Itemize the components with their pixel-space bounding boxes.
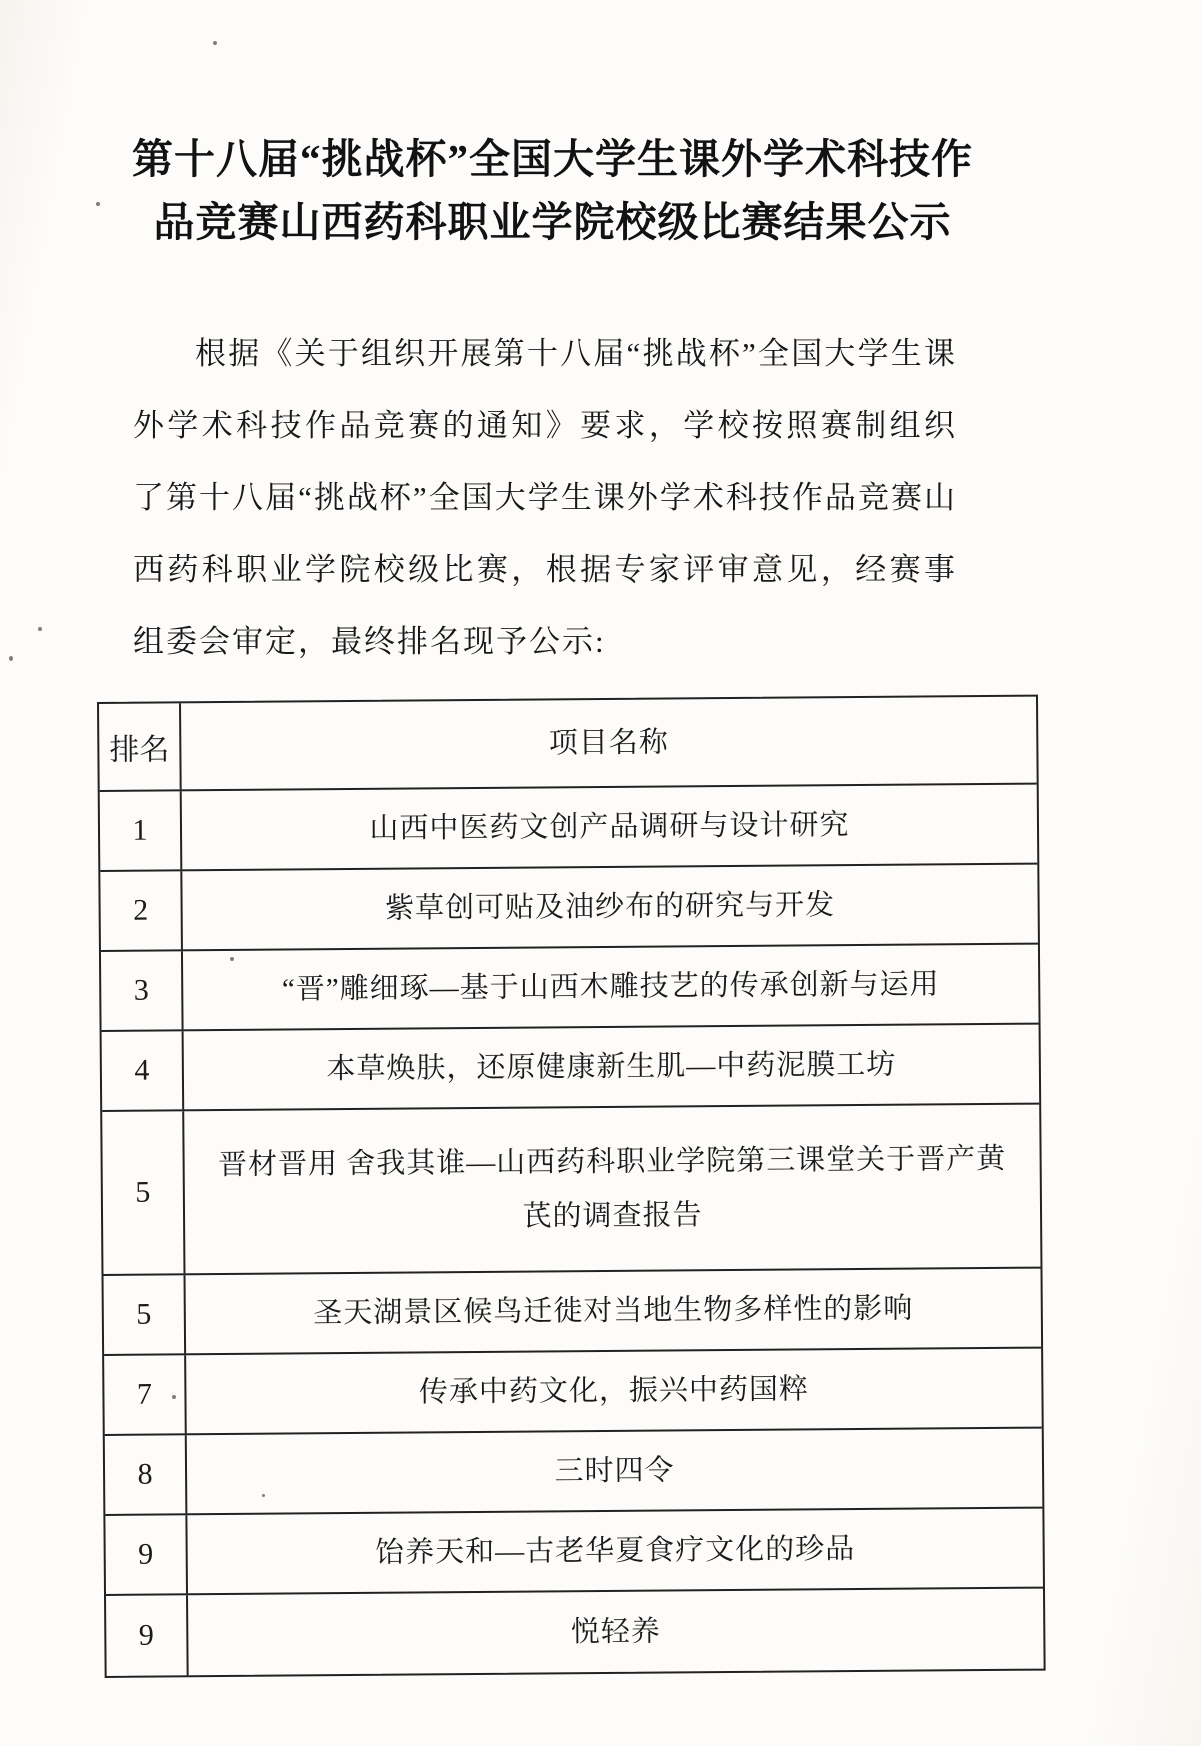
table-row: 3 “晋”雕细琢—基于山西木雕技艺的传承创新与运用 bbox=[101, 945, 1039, 1032]
scanned-document-page: 第十八届“挑战杯”全国大学生课外学术科技作 品竞赛山西药科职业学院校级比赛结果公… bbox=[0, 0, 1201, 1746]
project-cell: 三时四令 bbox=[187, 1429, 1043, 1514]
table-row: 7 传承中药文化，振兴中药国粹 bbox=[104, 1349, 1042, 1436]
results-table: 排名 项目名称 1 山西中医药文创产品调研与设计研究 2 紫草创可贴及油纱布的研… bbox=[97, 695, 1046, 1678]
project-cell: 本草焕肤，还原健康新生肌—中药泥膜工坊 bbox=[184, 1025, 1040, 1110]
document-title-line-1: 第十八届“挑战杯”全国大学生课外学术科技作 bbox=[60, 128, 1045, 191]
table-row: 9 饴养天和—古老华夏食疗文化的珍品 bbox=[105, 1509, 1043, 1596]
project-cell: 传承中药文化，振兴中药国粹 bbox=[186, 1349, 1042, 1434]
table-header-rank: 排名 bbox=[99, 703, 182, 790]
table-row: 5 晋材晋用 舍我其谁—山西药科职业学院第三课堂关于晋产黄芪的调查报告 bbox=[102, 1105, 1040, 1276]
scan-speck bbox=[172, 1395, 176, 1399]
project-cell: 山西中医药文创产品调研与设计研究 bbox=[182, 785, 1038, 870]
rank-cell: 4 bbox=[102, 1031, 185, 1110]
table-row: 2 紫草创可贴及油纱布的研究与开发 bbox=[100, 865, 1038, 952]
scan-speck bbox=[230, 957, 234, 961]
document-title-line-2: 品竞赛山西药科职业学院校级比赛结果公示 bbox=[60, 191, 1045, 254]
table-header-row: 排名 项目名称 bbox=[99, 697, 1037, 792]
project-cell: 紫草创可贴及油纱布的研究与开发 bbox=[182, 865, 1038, 950]
scan-speck bbox=[9, 656, 13, 661]
table-row: 8 三时四令 bbox=[105, 1429, 1043, 1516]
document-body-paragraph: 根据《关于组织开展第十八届“挑战杯”全国大学生课外学术科技作品竞赛的通知》要求，… bbox=[133, 318, 957, 678]
rank-cell: 9 bbox=[105, 1515, 188, 1594]
table-row: 4 本草焕肤，还原健康新生肌—中药泥膜工坊 bbox=[102, 1025, 1040, 1112]
document-title: 第十八届“挑战杯”全国大学生课外学术科技作 品竞赛山西药科职业学院校级比赛结果公… bbox=[60, 128, 1045, 254]
table-row: 5 圣天湖景区候鸟迁徙对当地生物多样性的影响 bbox=[104, 1269, 1042, 1356]
project-cell: 悦轻养 bbox=[188, 1589, 1044, 1676]
rank-cell: 9 bbox=[106, 1595, 189, 1676]
rank-cell: 8 bbox=[105, 1435, 188, 1514]
rank-cell: 3 bbox=[101, 951, 184, 1030]
rank-cell: 2 bbox=[100, 871, 183, 950]
scan-speck bbox=[96, 202, 100, 206]
project-cell: 饴养天和—古老华夏食疗文化的珍品 bbox=[187, 1509, 1043, 1594]
table-row: 9 悦轻养 bbox=[106, 1589, 1044, 1676]
table-header-project: 项目名称 bbox=[181, 697, 1037, 790]
scan-speck bbox=[262, 1494, 265, 1497]
rank-cell: 5 bbox=[104, 1275, 187, 1354]
table-row: 1 山西中医药文创产品调研与设计研究 bbox=[100, 785, 1038, 872]
project-cell: 圣天湖景区候鸟迁徙对当地生物多样性的影响 bbox=[186, 1269, 1042, 1354]
scan-speck bbox=[38, 627, 42, 631]
rank-cell: 1 bbox=[100, 791, 183, 870]
rank-cell: 5 bbox=[102, 1111, 185, 1274]
scan-speck bbox=[213, 41, 217, 45]
project-cell: “晋”雕细琢—基于山西木雕技艺的传承创新与运用 bbox=[183, 945, 1039, 1030]
project-cell: 晋材晋用 舍我其谁—山西药科职业学院第三课堂关于晋产黄芪的调查报告 bbox=[184, 1105, 1040, 1274]
